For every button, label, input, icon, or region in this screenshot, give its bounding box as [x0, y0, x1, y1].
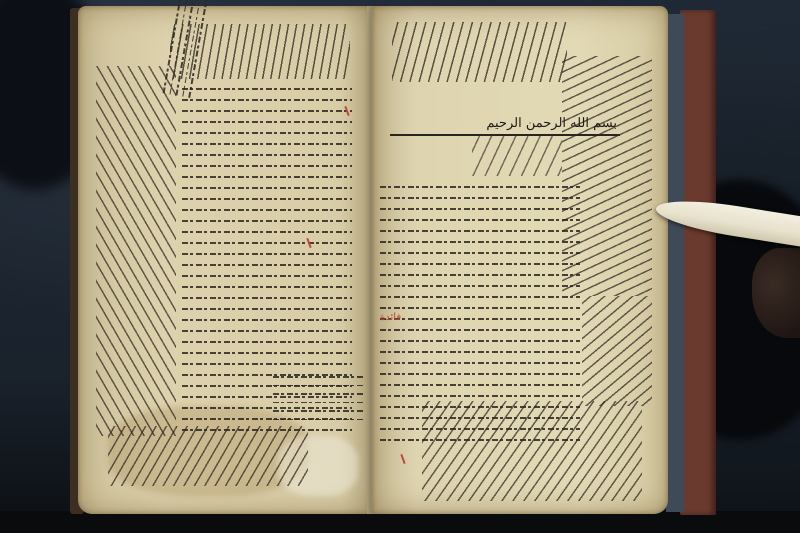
- marginalia-top: [392, 22, 567, 82]
- marginalia-top-columns: [170, 24, 350, 79]
- book-cover-right-binding: [680, 10, 716, 515]
- book-pastedown-edge: [666, 14, 684, 512]
- marginalia-left: [96, 66, 176, 436]
- rubric-mark: [400, 454, 405, 464]
- left-page: [78, 6, 370, 514]
- heading-rule: [390, 134, 620, 136]
- basmala-heading: بسم الله الرحمن الرحيم: [395, 116, 617, 131]
- marginalia-bottom: [422, 401, 642, 501]
- interlinear-glosses: [472, 136, 562, 176]
- colophon-lines: [273, 376, 363, 456]
- right-page: [372, 6, 668, 514]
- marginalia-right-lower: [582, 296, 652, 406]
- rubric-word: فائدة: [380, 312, 401, 323]
